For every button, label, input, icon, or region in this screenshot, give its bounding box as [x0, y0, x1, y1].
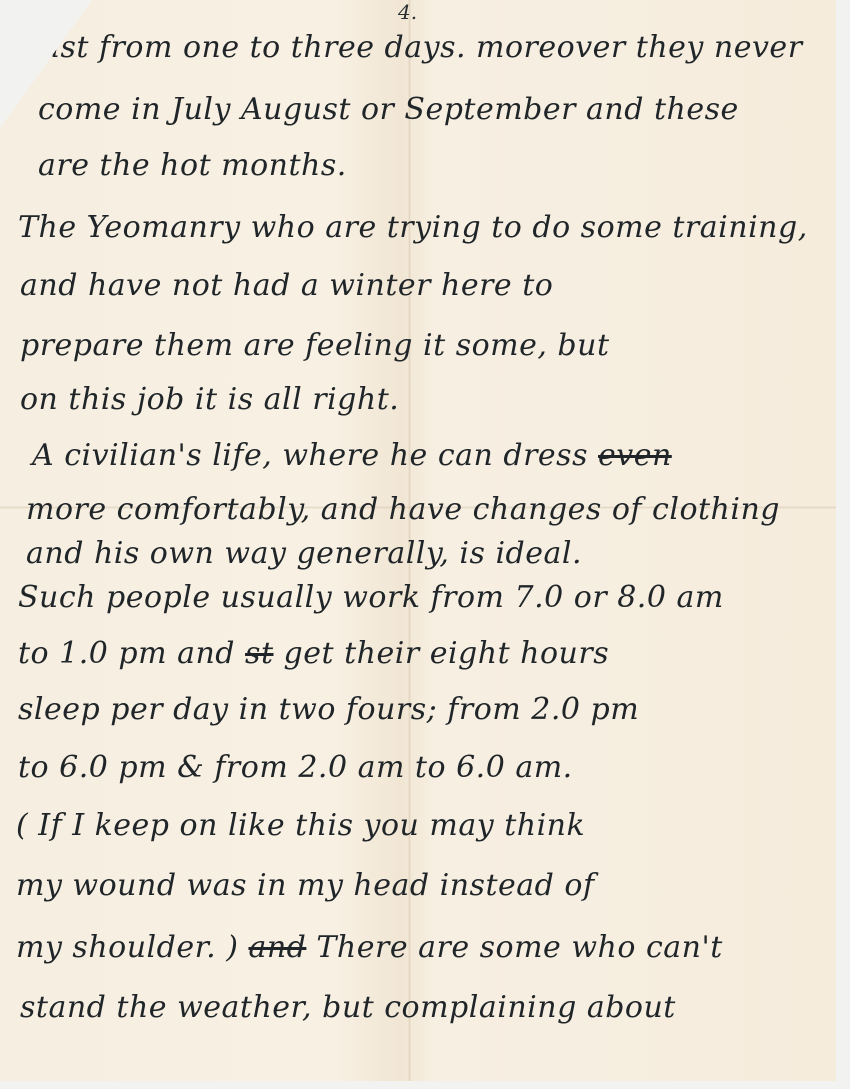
text-line: on this job it is all right.	[20, 382, 399, 417]
text-line: to 6.0 pm & from 2.0 am to 6.0 am.	[18, 750, 573, 785]
text-line: ( If I keep on like this you may think	[16, 808, 585, 843]
text-line: sleep per day in two fours; from 2.0 pm	[18, 692, 639, 727]
line-text: ( If I keep on like this you may think	[16, 808, 585, 843]
text-line: to 1.0 pm and st get their eight hours	[18, 636, 609, 671]
text-line: The Yeomanry who are trying to do some t…	[18, 210, 808, 245]
text-line: A civilian's life, where he can dress ev…	[32, 438, 672, 473]
struck-out-word: st	[245, 636, 273, 671]
line-text: A civilian's life, where he can dress	[32, 438, 588, 473]
text-line: are the hot months.	[38, 148, 347, 183]
text-line: my wound was in my head instead of	[16, 868, 595, 903]
text-line: my shoulder. ) and There are some who ca…	[16, 930, 723, 965]
struck-out-word: even	[598, 438, 672, 473]
line-text-continued: get their eight hours	[284, 636, 610, 671]
text-line: last from one to three days. moreover th…	[32, 30, 803, 65]
text-line: and have not had a winter here to	[20, 268, 553, 303]
line-text: and have not had a winter here to	[20, 268, 553, 303]
text-line: stand the weather, but complaining about	[20, 990, 676, 1025]
handwritten-text: last from one to three days. moreover th…	[0, 0, 836, 1081]
line-text: sleep per day in two fours; from 2.0 pm	[18, 692, 639, 727]
text-line: prepare them are feeling it some, but	[20, 328, 610, 363]
line-text: prepare them are feeling it some, but	[20, 328, 610, 363]
line-text: to 6.0 pm & from 2.0 am to 6.0 am.	[18, 750, 573, 785]
letter-page: 4. last from one to three days. moreover…	[0, 0, 836, 1081]
text-line: and his own way generally, is ideal.	[26, 536, 582, 571]
text-line: come in July August or September and the…	[38, 92, 739, 127]
text-line: Such people usually work from 7.0 or 8.0…	[18, 580, 724, 615]
line-text: my shoulder. )	[16, 930, 238, 965]
line-text: come in July August or September and the…	[38, 92, 739, 127]
line-text: stand the weather, but complaining about	[20, 990, 676, 1025]
line-text-continued: There are some who can't	[316, 930, 722, 965]
line-text: more comfortably, and have changes of cl…	[26, 492, 780, 527]
line-text: Such people usually work from 7.0 or 8.0…	[18, 580, 724, 615]
struck-out-word: and	[248, 930, 306, 965]
line-text: on this job it is all right.	[20, 382, 399, 417]
text-line: more comfortably, and have changes of cl…	[26, 492, 780, 527]
line-text: to 1.0 pm and	[18, 636, 235, 671]
line-text: The Yeomanry who are trying to do some t…	[18, 210, 808, 245]
line-text: are the hot months.	[38, 148, 347, 183]
line-text: and his own way generally, is ideal.	[26, 536, 582, 571]
line-text: my wound was in my head instead of	[16, 868, 595, 903]
line-text: last from one to three days. moreover th…	[32, 30, 803, 65]
